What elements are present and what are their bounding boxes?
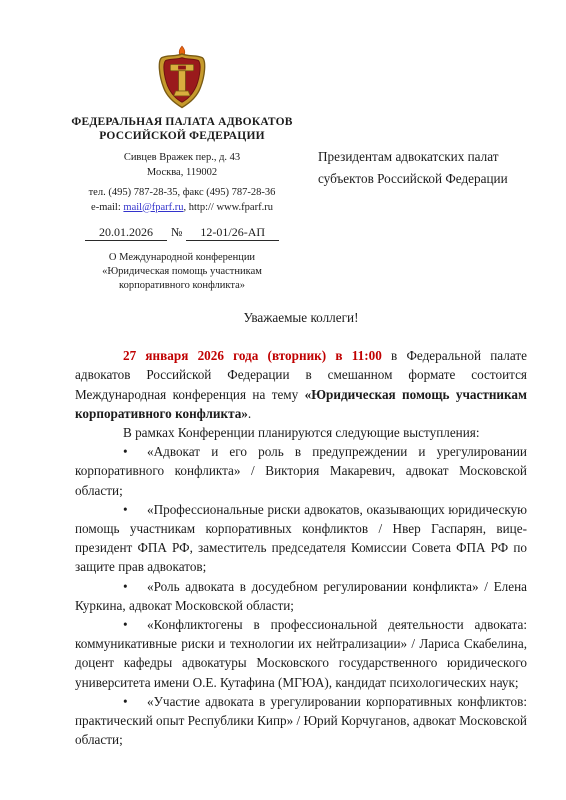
letter-body: Уважаемые коллеги! 27 января 2026 года (… [75,308,527,749]
subject-line1: О Международной конференции [56,251,308,265]
email-label: e-mail: [91,202,123,213]
bullet-marker: • [123,442,147,461]
paragraph-announcement: 27 января 2026 года (вторник) в 11:00 в … [75,346,527,423]
greeting: Уважаемые коллеги! [75,308,527,327]
org-name-line2: РОССИЙСКОЙ ФЕДЕРАЦИИ [56,129,308,143]
subject-line3: корпоративного конфликта» [56,279,308,293]
number-sign: № [167,224,186,240]
bullet-item: •«Адвокат и его роль в предупреждении и … [75,442,527,500]
letter-page: ФЕДЕРАЛЬНАЯ ПАЛАТА АДВОКАТОВ РОССИЙСКОЙ … [0,0,566,800]
bullet-item: •«Роль адвоката в досудебном регулирован… [75,577,527,615]
bullet-item: •«Профессиональные риски адвокатов, оказ… [75,500,527,577]
bullet-marker: • [123,577,147,596]
org-name-line1: ФЕДЕРАЛЬНАЯ ПАЛАТА АДВОКАТОВ [56,115,308,129]
phone-fax-line: тел. (495) 787-28-35, факс (495) 787-28-… [56,186,308,201]
bullet-item: •«Участие адвоката в урегулировании корп… [75,692,527,750]
email-web-line: e-mail: mail@fparf.ru, http:// www.fparf… [56,201,308,216]
announcement-period: . [248,406,251,421]
bullet-marker: • [123,500,147,519]
subject-line2: «Юридическая помощь участникам [56,265,308,279]
paragraph-intro-speeches: В рамках Конференции планируются следующ… [75,423,527,442]
letter-date: 20.01.2026 [85,224,167,241]
letterhead: ФЕДЕРАЛЬНАЯ ПАЛАТА АДВОКАТОВ РОССИЙСКОЙ … [56,45,308,293]
bullet-item: •«Конфликтогены в профессиональной деяте… [75,615,527,692]
recipient-line1: Президентам адвокатских палат [318,146,528,168]
bullet-marker: • [123,692,147,711]
recipient-line2: субъектов Российской Федерации [318,168,528,190]
bullet-marker: • [123,615,147,634]
org-contacts: тел. (495) 787-28-35, факс (495) 787-28-… [56,186,308,215]
reference-line: 20.01.2026№12-01/26-АП [56,224,308,241]
address-line1: Сивцев Вражек пер., д. 43 [56,151,308,166]
address-line2: Москва, 119002 [56,166,308,181]
email-link[interactable]: mail@fparf.ru [123,202,183,213]
letter-subject: О Международной конференции «Юридическая… [56,251,308,293]
doc-number: 12-01/26-АП [186,224,279,241]
website-text: , http:// www.fparf.ru [184,202,273,213]
event-datetime: 27 января 2026 года (вторник) в 11:00 [123,348,382,363]
recipient-block: Президентам адвокатских палат субъектов … [318,146,528,190]
org-address: Сивцев Вражек пер., д. 43 Москва, 119002 [56,151,308,180]
org-name: ФЕДЕРАЛЬНАЯ ПАЛАТА АДВОКАТОВ РОССИЙСКОЙ … [56,115,308,143]
fpa-emblem-icon [56,45,308,111]
